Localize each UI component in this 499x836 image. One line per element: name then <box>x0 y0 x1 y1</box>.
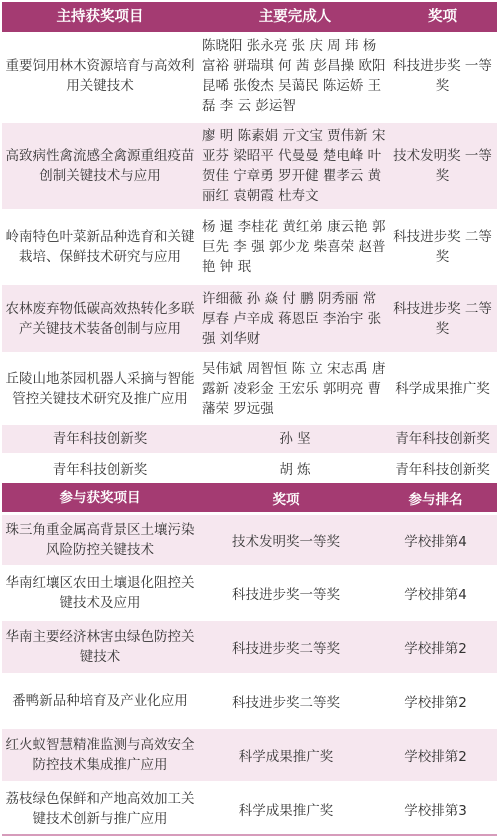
table-row: 番鸭新品种培育及产业化应用 科技进步奖二等奖 学校排第2 <box>2 676 497 726</box>
award-name: 科技进步奖 二等奖 <box>388 227 497 267</box>
table-row: 华南主要经济林害虫绿色防控关键技术 科技进步奖二等奖 学校排第2 <box>2 621 497 673</box>
table-row: 红火蚁智慧精准监测与高效安全防控技术集成推广应用 科学成果推广奖 学校排第2 <box>2 729 497 781</box>
award-name: 科学成果推广奖 <box>198 745 374 765</box>
project-name: 丘陵山地茶园机器人采摘与智能管控关键技术研究及推广应用 <box>2 369 198 409</box>
people-list: 许细薇 孙 焱 付 鹏 阴秀丽 常厚春 卢辛成 蒋恩臣 李治宇 张 强 刘华财 <box>198 289 388 349</box>
award-name: 科技进步奖 二等奖 <box>388 299 497 339</box>
host-header-row: 主持获奖项目 主要完成人 奖项 <box>2 2 497 32</box>
rank: 学校排第3 <box>374 799 497 819</box>
project-name: 重要饲用林木资源培育与高效利用关键技术 <box>2 56 198 96</box>
people-list: 孙 坚 <box>198 429 388 449</box>
people-list: 陈晓阳 张永亮 张 庆 周 玮 杨富裕 骈瑞琪 何 茜 彭昌操 欧阳昆唏 张俊杰… <box>198 36 388 116</box>
project-name: 青年科技创新奖 <box>2 429 198 449</box>
table-row: 丘陵山地茶园机器人采摘与智能管控关键技术研究及推广应用 吴伟斌 周智恒 陈 立 … <box>2 355 497 422</box>
project-name: 岭南特色叶菜新品种选育和关键栽培、保鲜技术研究与应用 <box>2 227 198 267</box>
header-award: 奖项 <box>388 7 497 27</box>
header-host-project: 主持获奖项目 <box>2 7 198 27</box>
award-name: 青年科技创新奖 <box>388 460 497 480</box>
project-name: 红火蚁智慧精准监测与高效安全防控技术集成推广应用 <box>2 735 198 775</box>
rank: 学校排第2 <box>374 745 497 765</box>
award-name: 科技进步奖二等奖 <box>198 637 374 657</box>
header-award: 奖项 <box>198 488 374 508</box>
project-name: 农林废弃物低碳高效热转化多联产关键技术装备创制与应用 <box>2 299 198 339</box>
table-row: 岭南特色叶菜新品种选育和关键栽培、保鲜技术研究与应用 杨 暹 李桂花 黄红弟 康… <box>2 212 497 282</box>
award-name: 科技进步奖二等奖 <box>198 691 374 711</box>
project-name: 番鸭新品种培育及产业化应用 <box>2 691 198 711</box>
header-participate-project: 参与获奖项目 <box>2 488 198 508</box>
project-name: 青年科技创新奖 <box>2 460 198 480</box>
rank: 学校排第2 <box>374 637 497 657</box>
table-row: 重要饲用林木资源培育与高效利用关键技术 陈晓阳 张永亮 张 庆 周 玮 杨富裕 … <box>2 32 497 120</box>
table-row: 青年科技创新奖 孙 坚 青年科技创新奖 <box>2 425 497 453</box>
project-name: 高致病性禽流感全禽源重组疫苗创制关键技术与应用 <box>2 146 198 186</box>
project-name: 华南主要经济林害虫绿色防控关键技术 <box>2 627 198 667</box>
project-name: 华南红壤区农田土壤退化阻控关键技术及应用 <box>2 573 198 613</box>
award-name: 科技进步奖 一等奖 <box>388 56 497 96</box>
rank: 学校排第4 <box>374 583 497 603</box>
project-name: 荔枝绿色保鲜和产地高效加工关键技术创新与推广应用 <box>2 789 198 829</box>
awards-table: 主持获奖项目 主要完成人 奖项 重要饲用林木资源培育与高效利用关键技术 陈晓阳 … <box>2 2 497 831</box>
project-name: 珠三角重金属高背景区土壤污染风险防控关键技术 <box>2 520 198 560</box>
people-list: 胡 炼 <box>198 460 388 480</box>
rank: 学校排第2 <box>374 691 497 711</box>
participate-header-row: 参与获奖项目 奖项 参与排名 <box>2 483 497 512</box>
award-name: 科技进步奖一等奖 <box>198 583 374 603</box>
people-list: 吴伟斌 周智恒 陈 立 宋志禹 唐露新 凌彩金 王宏乐 郭明亮 曹藩荣 罗远强 <box>198 359 388 419</box>
header-main-people: 主要完成人 <box>198 7 388 27</box>
rank: 学校排第4 <box>374 530 497 550</box>
award-name: 科学成果推广奖 <box>388 379 497 399</box>
table-row: 华南红壤区农田土壤退化阻控关键技术及应用 科技进步奖一等奖 学校排第4 <box>2 568 497 618</box>
table-row: 农林废弃物低碳高效热转化多联产关键技术装备创制与应用 许细薇 孙 焱 付 鹏 阴… <box>2 285 497 352</box>
people-list: 杨 暹 李桂花 黄红弟 康云艳 郭巨先 李 强 郭少龙 柴喜荣 赵普艳 钟 珉 <box>198 217 388 277</box>
table-row: 珠三角重金属高背景区土壤污染风险防控关键技术 技术发明奖一等奖 学校排第4 <box>2 515 497 565</box>
header-rank: 参与排名 <box>374 488 497 508</box>
table-row: 青年科技创新奖 胡 炼 青年科技创新奖 <box>2 456 497 483</box>
award-name: 技术发明奖一等奖 <box>198 530 374 550</box>
award-name: 青年科技创新奖 <box>388 429 497 449</box>
people-list: 廖 明 陈素娟 亓文宝 贾伟新 宋亚芬 梁昭平 代曼曼 楚电峰 叶贺佳 宁章勇 … <box>198 126 388 206</box>
table-row: 高致病性禽流感全禽源重组疫苗创制关键技术与应用 廖 明 陈素娟 亓文宝 贾伟新 … <box>2 123 497 209</box>
table-row: 荔枝绿色保鲜和产地高效加工关键技术创新与推广应用 科学成果推广奖 学校排第3 <box>2 784 497 831</box>
award-name: 技术发明奖 一等奖 <box>388 146 497 186</box>
award-name: 科学成果推广奖 <box>198 799 374 819</box>
